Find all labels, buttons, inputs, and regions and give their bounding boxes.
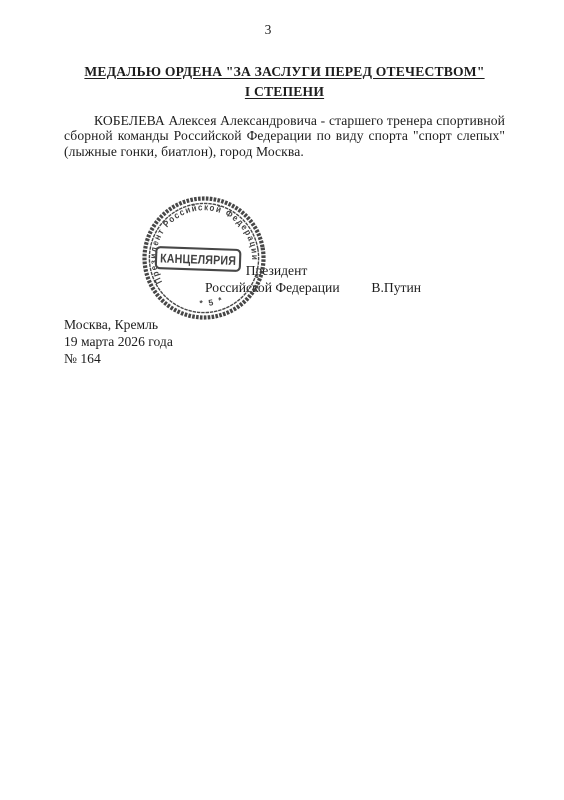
stamp-center-text: КАНЦЕЛЯРИЯ (160, 251, 236, 268)
footer-place: Москва, Кремль (64, 316, 173, 333)
stamp-bottom-text: * 5 * (198, 294, 226, 310)
place-date-block: Москва, Кремль 19 марта 2026 года № 164 (64, 316, 173, 367)
award-heading-line2: I СТЕПЕНИ (64, 82, 505, 102)
award-heading-line1: МЕДАЛЬЮ ОРДЕНА "ЗА ЗАСЛУГИ ПЕРЕД ОТЕЧЕСТ… (64, 62, 505, 82)
footer-number: № 164 (64, 350, 173, 367)
signature-name: В.Путин (371, 279, 421, 296)
page-number: 3 (64, 22, 472, 38)
document-page: 3 МЕДАЛЬЮ ОРДЕНА "ЗА ЗАСЛУГИ ПЕРЕД ОТЕЧЕ… (0, 0, 564, 800)
stamp-ring-text: Президент Российской Федерации (139, 193, 262, 286)
chancellery-stamp-icon: Президент Российской Федерации * 5 * КАН… (138, 192, 270, 324)
awardee-paragraph: КОБЕЛЕВА Алексея Александровича - старше… (64, 113, 505, 159)
footer-date: 19 марта 2026 года (64, 333, 173, 350)
stamp-center-box: КАНЦЕЛЯРИЯ (156, 247, 241, 271)
award-heading: МЕДАЛЬЮ ОРДЕНА "ЗА ЗАСЛУГИ ПЕРЕД ОТЕЧЕСТ… (64, 62, 505, 102)
